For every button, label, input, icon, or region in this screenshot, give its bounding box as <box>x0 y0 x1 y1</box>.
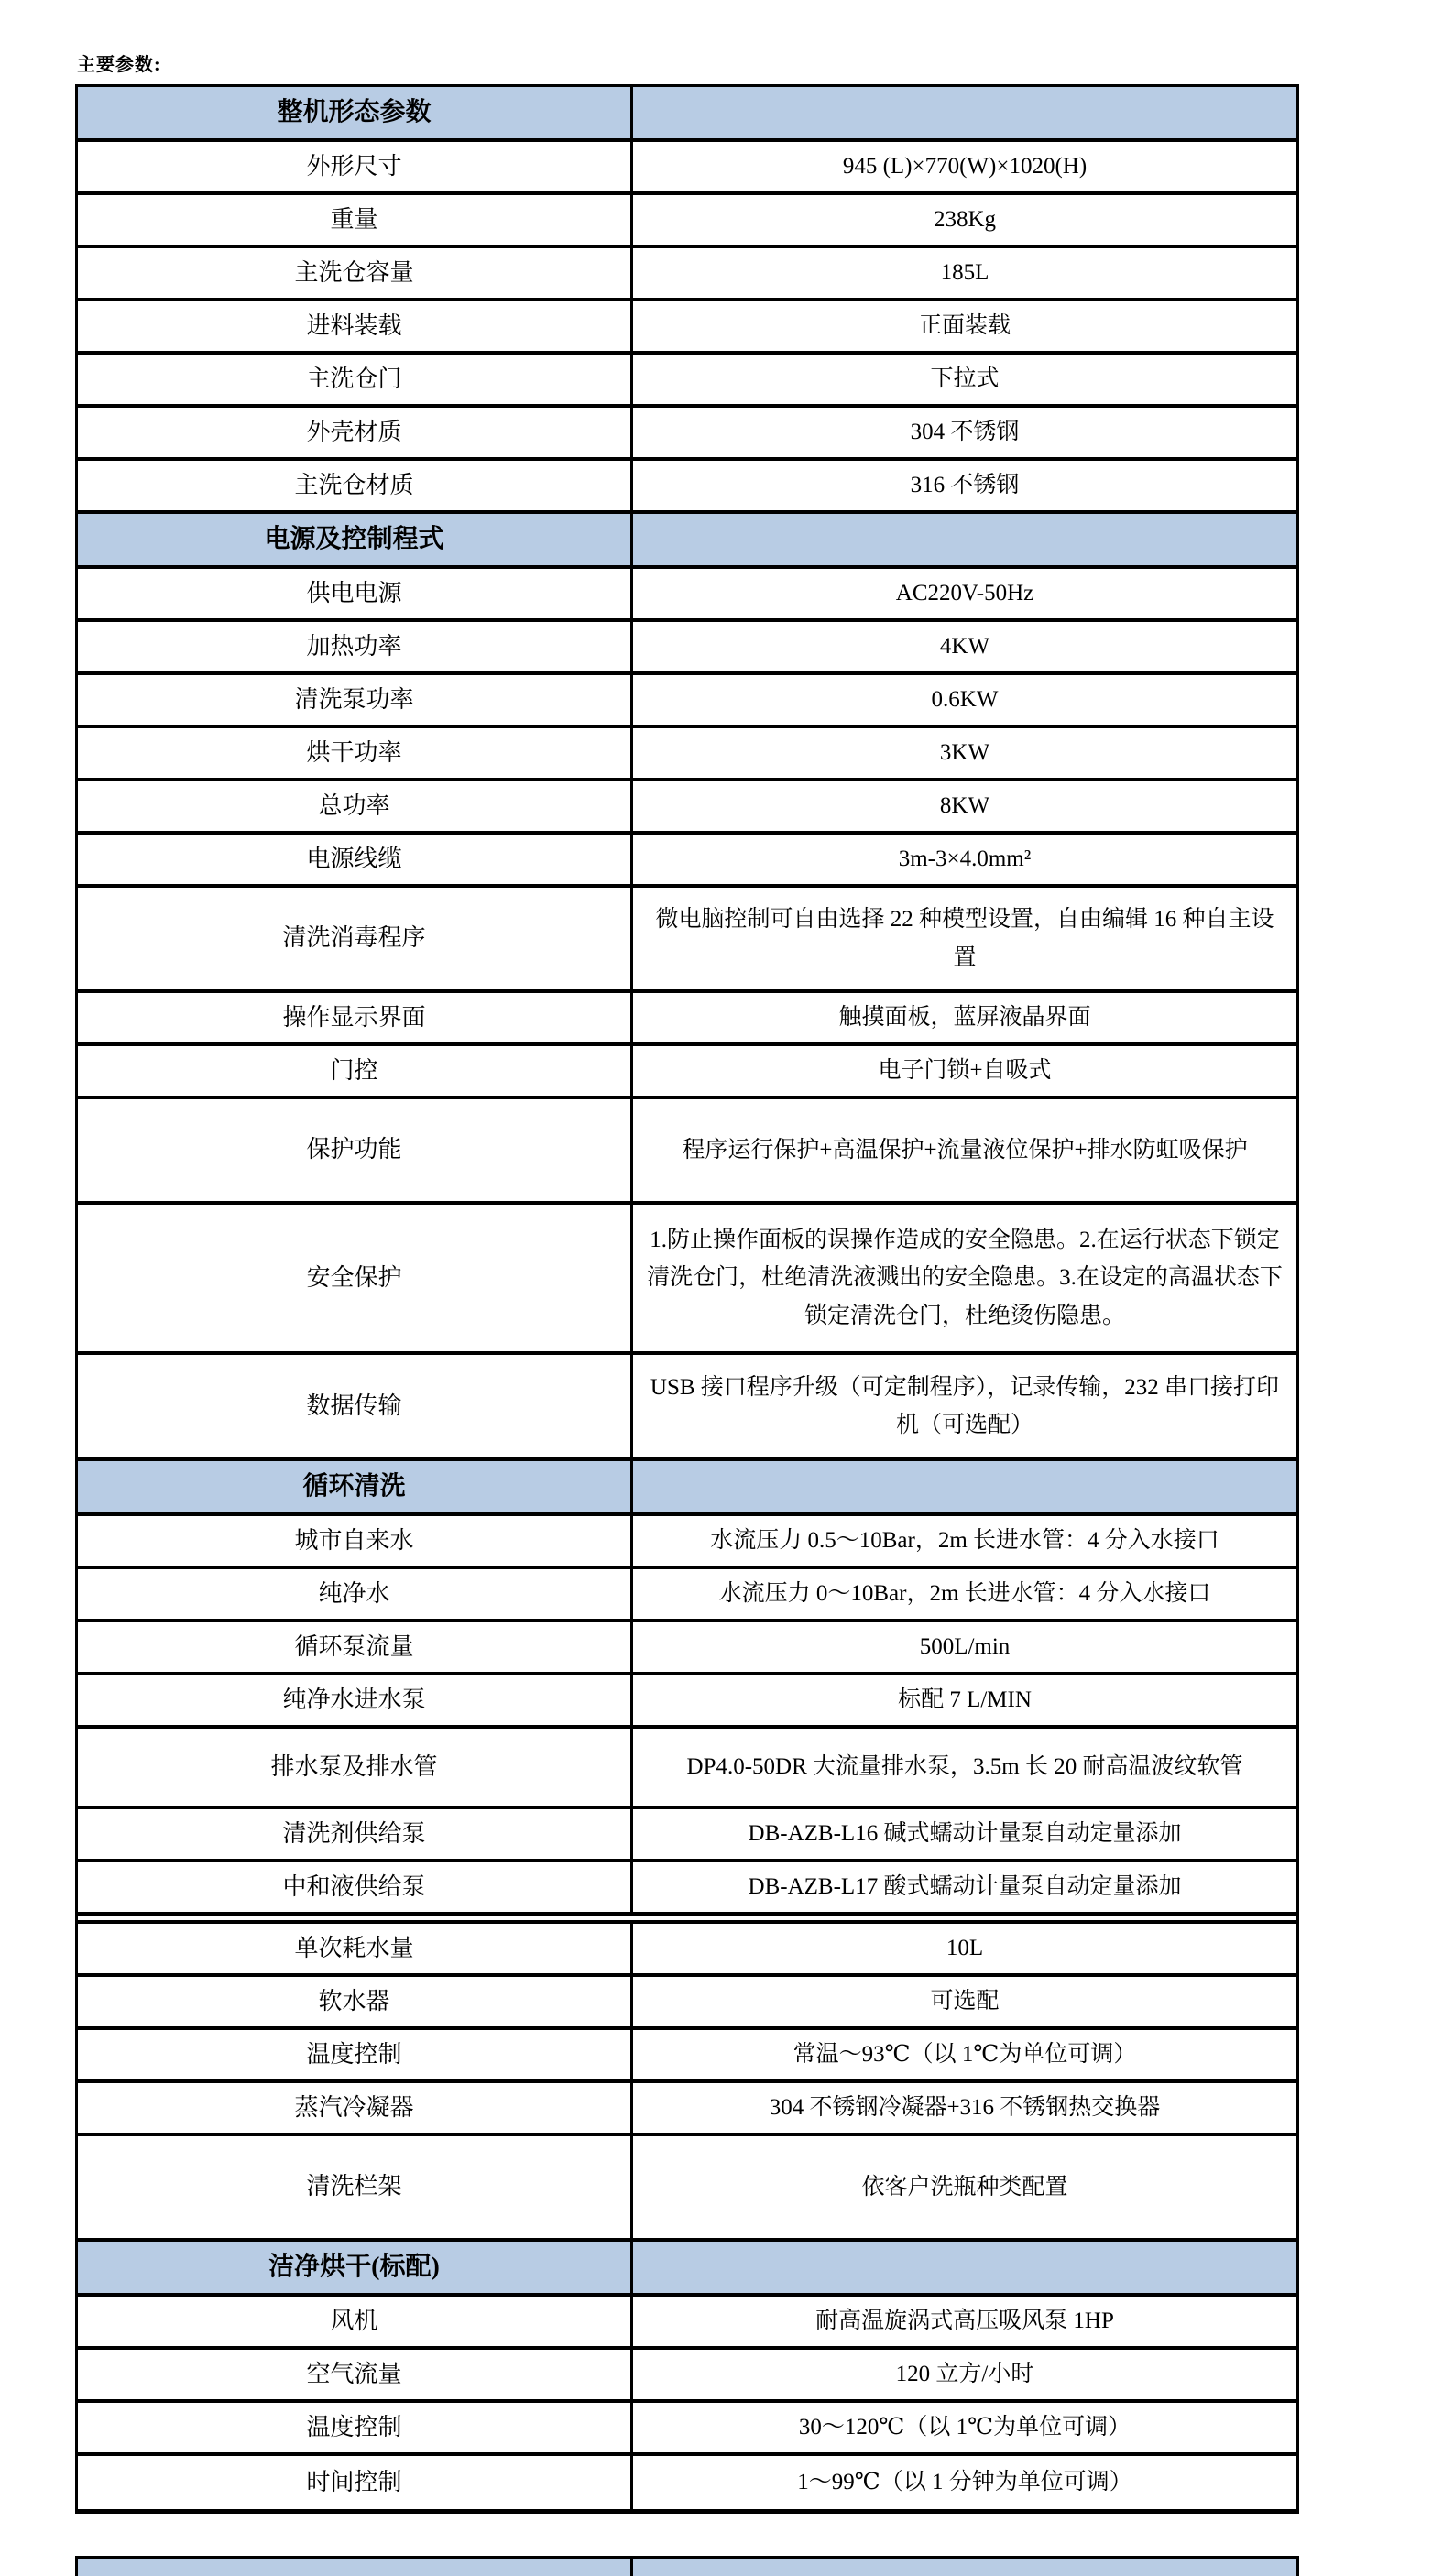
section-header-empty-cell <box>633 1461 1296 1512</box>
table-row: 温度控制30～120℃（以 1℃为单位可调） <box>78 2403 1296 2456</box>
section-title: 整机形态参数 <box>78 87 633 138</box>
param-name-cell: 主洗仓容量 <box>78 248 633 298</box>
table-row: 中和液供给泵DB-AZB-L17 酸式蠕动计量泵自动定量添加 <box>78 1862 1296 1916</box>
table-row: 清洗泵功率0.6KW <box>78 675 1296 728</box>
param-value-cell: 304 不锈钢 <box>633 408 1296 457</box>
param-value-cell: 4KW <box>633 622 1296 671</box>
param-name-cell: 电源线缆 <box>78 835 633 884</box>
table-row: 清洗消毒程序微电脑控制可自由选择 22 种模型设置，自由编辑 16 种自主设置 <box>78 888 1296 993</box>
param-name-cell: 主洗仓门 <box>78 355 633 404</box>
table-row: 外形尺寸945 (L)×770(W)×1020(H) <box>78 142 1296 195</box>
param-value-cell: 1～99℃（以 1 分钟为单位可调） <box>633 2456 1296 2509</box>
param-value-cell: 触摸面板，蓝屏液晶界面 <box>633 993 1296 1042</box>
table-row: 主洗仓材质316 不锈钢 <box>78 461 1296 514</box>
param-name-cell: 进料装载 <box>78 301 633 351</box>
table-row: 门控电子门锁+自吸式 <box>78 1046 1296 1099</box>
param-value-cell: 10L <box>633 1924 1296 1973</box>
table-row: 主洗仓门下拉式 <box>78 355 1296 408</box>
table-row: 纯净水水流压力 0～10Bar，2m 长进水管：4 分入水接口 <box>78 1569 1296 1622</box>
table-row: 温度控制常温～93℃（以 1℃为单位可调） <box>78 2030 1296 2083</box>
table-row: 清洗栏架依客户洗瓶种类配置 <box>78 2136 1296 2242</box>
param-value-cell: 238Kg <box>633 195 1296 245</box>
param-value-cell: 微电脑控制可自由选择 22 种模型设置，自由编辑 16 种自主设置 <box>633 888 1296 989</box>
table-row: 总功率8KW <box>78 781 1296 835</box>
param-value-cell: 耐高温旋涡式高压吸风泵 1HP <box>633 2297 1296 2346</box>
param-name-cell: 清洗泵功率 <box>78 675 633 725</box>
table-row: 纯净水进水泵标配 7 L/MIN <box>78 1675 1296 1729</box>
param-value-cell: 304 不锈钢冷凝器+316 不锈钢热交换器 <box>633 2083 1296 2133</box>
table-row: 电源线缆3m-3×4.0mm² <box>78 835 1296 888</box>
param-value-cell: 500L/min <box>633 1622 1296 1672</box>
section-header-row: 洁净烘干(标配) <box>78 2242 1296 2297</box>
table-row: 操作显示界面触摸面板，蓝屏液晶界面 <box>78 993 1296 1046</box>
param-value-cell: 依客户洗瓶种类配置 <box>633 2136 1296 2238</box>
param-value-cell: 1.防止操作面板的误操作造成的安全隐患。2.在运行状态下锁定清洗仓门，杜绝清洗液… <box>633 1205 1296 1351</box>
section-header-row: 电源及控制程式 <box>78 514 1296 569</box>
param-name-cell: 清洗栏架 <box>78 2136 633 2238</box>
param-value-cell: 常温～93℃（以 1℃为单位可调） <box>633 2030 1296 2079</box>
param-name-cell: 纯净水 <box>78 1569 633 1619</box>
param-name-cell: 时间控制 <box>78 2456 633 2509</box>
table-row: 排水泵及排水管DP4.0-50DR 大流量排水泵，3.5m 长 20 耐高温波纹… <box>78 1729 1296 1809</box>
page-title: 主要参数: <box>77 49 161 76</box>
param-value-cell: DP4.0-50DR 大流量排水泵，3.5m 长 20 耐高温波纹软管 <box>633 1729 1296 1806</box>
param-value-cell: DB-AZB-L16 碱式蠕动计量泵自动定量添加 <box>633 1809 1296 1859</box>
table-row: 烘干功率3KW <box>78 728 1296 781</box>
param-value-cell: 0.6KW <box>633 675 1296 725</box>
table-row: 清洗剂供给泵DB-AZB-L16 碱式蠕动计量泵自动定量添加 <box>78 1809 1296 1862</box>
table-row: 数据传输USB 接口程序升级（可定制程序），记录传输，232 串口接打印机（可选… <box>78 1355 1296 1461</box>
param-value-cell: 水流压力 0～10Bar，2m 长进水管：4 分入水接口 <box>633 1569 1296 1619</box>
table-row: 外壳材质304 不锈钢 <box>78 408 1296 461</box>
column-divider-stub <box>630 2559 633 2576</box>
table-row: 时间控制1～99℃（以 1 分钟为单位可调） <box>78 2456 1296 2509</box>
param-name-cell: 操作显示界面 <box>78 993 633 1042</box>
param-name-cell: 供电电源 <box>78 569 633 618</box>
table-row: 加热功率4KW <box>78 622 1296 675</box>
param-name-cell: 数据传输 <box>78 1355 633 1457</box>
param-name-cell: 排水泵及排水管 <box>78 1729 633 1806</box>
param-value-cell: 下拉式 <box>633 355 1296 404</box>
page-break-gap <box>78 1916 1296 1924</box>
table-row: 城市自来水水流压力 0.5～10Bar，2m 长进水管：4 分入水接口 <box>78 1516 1296 1569</box>
section-header-empty-cell <box>633 514 1296 565</box>
param-value-cell: 水流压力 0.5～10Bar，2m 长进水管：4 分入水接口 <box>633 1516 1296 1566</box>
param-value-cell: 185L <box>633 248 1296 298</box>
param-name-cell: 加热功率 <box>78 622 633 671</box>
param-name-cell: 总功率 <box>78 781 633 831</box>
spec-table: 整机形态参数外形尺寸945 (L)×770(W)×1020(H)重量238Kg主… <box>75 84 1299 2514</box>
param-value-cell: 3m-3×4.0mm² <box>633 835 1296 884</box>
param-value-cell: 30～120℃（以 1℃为单位可调） <box>633 2403 1296 2452</box>
param-value-cell: USB 接口程序升级（可定制程序），记录传输，232 串口接打印机（可选配） <box>633 1355 1296 1457</box>
param-name-cell: 烘干功率 <box>78 728 633 778</box>
param-value-cell: DB-AZB-L17 酸式蠕动计量泵自动定量添加 <box>633 1862 1296 1912</box>
param-name-cell: 安全保护 <box>78 1205 633 1351</box>
param-value-cell: 945 (L)×770(W)×1020(H) <box>633 142 1296 191</box>
table-row: 单次耗水量10L <box>78 1924 1296 1977</box>
table-row: 保护功能程序运行保护+高温保护+流量液位保护+排水防虹吸保护 <box>78 1099 1296 1205</box>
table-row: 风机耐高温旋涡式高压吸风泵 1HP <box>78 2297 1296 2350</box>
param-value-cell: AC220V-50Hz <box>633 569 1296 618</box>
param-name-cell: 单次耗水量 <box>78 1924 633 1973</box>
param-name-cell: 纯净水进水泵 <box>78 1675 633 1725</box>
param-name-cell: 保护功能 <box>78 1099 633 1201</box>
param-value-cell: 316 不锈钢 <box>633 461 1296 510</box>
table-row: 供电电源AC220V-50Hz <box>78 569 1296 622</box>
table-row: 蒸汽冷凝器304 不锈钢冷凝器+316 不锈钢热交换器 <box>78 2083 1296 2136</box>
param-name-cell: 风机 <box>78 2297 633 2346</box>
table-row: 空气流量120 立方/小时 <box>78 2350 1296 2403</box>
param-value-cell: 正面装载 <box>633 301 1296 351</box>
section-header-empty-cell <box>633 87 1296 138</box>
param-value-cell: 程序运行保护+高温保护+流量液位保护+排水防虹吸保护 <box>633 1099 1296 1201</box>
document-page: 主要参数: 整机形态参数外形尺寸945 (L)×770(W)×1020(H)重量… <box>0 0 1454 2576</box>
param-name-cell: 中和液供给泵 <box>78 1862 633 1912</box>
table-row: 进料装载正面装载 <box>78 301 1296 355</box>
param-name-cell: 清洗消毒程序 <box>78 888 633 989</box>
table-row: 安全保护1.防止操作面板的误操作造成的安全隐患。2.在运行状态下锁定清洗仓门，杜… <box>78 1205 1296 1355</box>
next-section-header-partial <box>75 2556 1299 2576</box>
param-name-cell: 城市自来水 <box>78 1516 633 1566</box>
param-name-cell: 主洗仓材质 <box>78 461 633 510</box>
section-header-empty-cell <box>633 2242 1296 2293</box>
param-name-cell: 外形尺寸 <box>78 142 633 191</box>
table-row: 重量238Kg <box>78 195 1296 248</box>
section-header-row: 循环清洗 <box>78 1461 1296 1516</box>
section-header-row: 整机形态参数 <box>78 87 1296 142</box>
param-name-cell: 清洗剂供给泵 <box>78 1809 633 1859</box>
table-row: 主洗仓容量185L <box>78 248 1296 301</box>
param-name-cell: 门控 <box>78 1046 633 1096</box>
param-name-cell: 外壳材质 <box>78 408 633 457</box>
param-value-cell: 120 立方/小时 <box>633 2350 1296 2399</box>
param-name-cell: 重量 <box>78 195 633 245</box>
section-title: 循环清洗 <box>78 1461 633 1512</box>
param-name-cell: 蒸汽冷凝器 <box>78 2083 633 2133</box>
param-name-cell: 软水器 <box>78 1977 633 2026</box>
param-name-cell: 空气流量 <box>78 2350 633 2399</box>
param-value-cell: 3KW <box>633 728 1296 778</box>
param-name-cell: 温度控制 <box>78 2030 633 2079</box>
table-row: 循环泵流量500L/min <box>78 1622 1296 1675</box>
table-row: 软水器可选配 <box>78 1977 1296 2030</box>
param-value-cell: 8KW <box>633 781 1296 831</box>
section-title: 洁净烘干(标配) <box>78 2242 633 2293</box>
param-name-cell: 温度控制 <box>78 2403 633 2452</box>
param-value-cell: 标配 7 L/MIN <box>633 1675 1296 1725</box>
section-title: 电源及控制程式 <box>78 514 633 565</box>
param-name-cell: 循环泵流量 <box>78 1622 633 1672</box>
param-value-cell: 电子门锁+自吸式 <box>633 1046 1296 1096</box>
param-value-cell: 可选配 <box>633 1977 1296 2026</box>
